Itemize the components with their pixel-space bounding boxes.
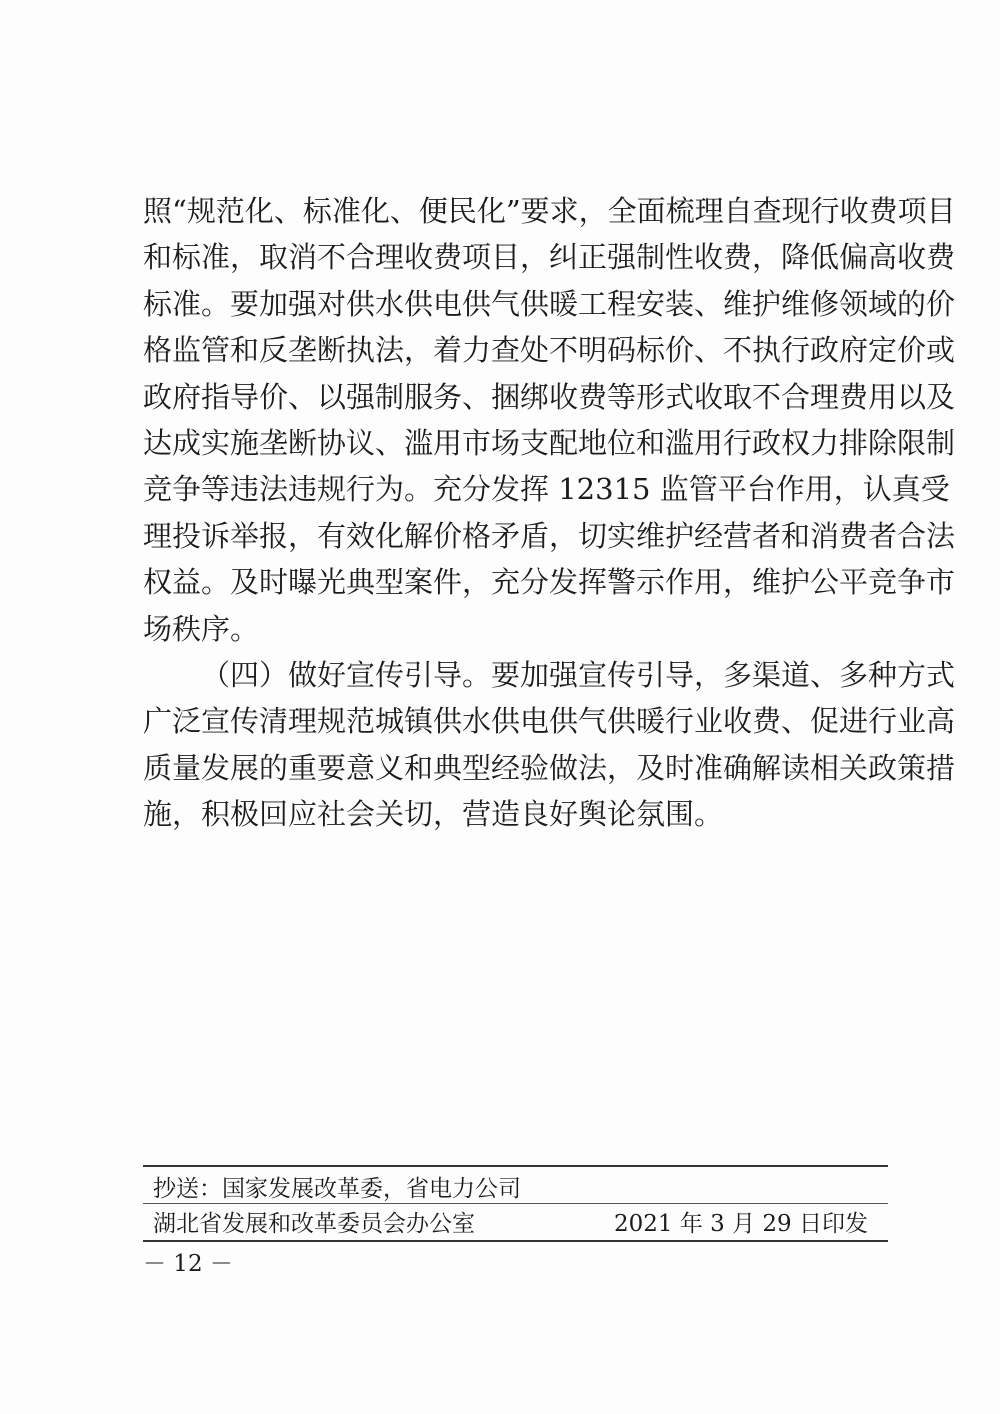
text-line: 格监管和反垄断执法，着力查处不明码标价、不执行政府定价或 <box>143 327 893 373</box>
text-line: 标准。要加强对供水供电供气供暖工程安装、维护维修领域的价 <box>143 281 893 327</box>
issuer-line: 湖北省发展和改革委员会办公室 <box>153 1209 475 1239</box>
text-line: 施，积极回应社会关切，营造良好舆论氛围。 <box>143 791 893 837</box>
text-line: 场秩序。 <box>143 606 893 652</box>
section-heading-line: （四）做好宣传引导。要加强宣传引导，多渠道、多种方式 <box>143 652 893 698</box>
footer-top-rule <box>143 1165 888 1167</box>
document-body: 照“规范化、标准化、便民化”要求，全面梳理自查现行收费项目 和标准，取消不合理收… <box>143 188 893 837</box>
issue-date: 2021 年 3 月 29 日印发 <box>614 1209 868 1239</box>
text-line: 质量发展的重要意义和典型经验做法，及时准确解读相关政策措 <box>143 745 893 791</box>
text-line: 广泛宣传清理规范城镇供水供电供气供暖行业收费、促进行业高 <box>143 698 893 744</box>
text-line: 达成实施垄断协议、滥用市场支配地位和滥用行政权力排除限制 <box>143 420 893 466</box>
footer-middle-rule <box>143 1203 888 1204</box>
text-line: 竞争等违法违规行为。充分发挥 12315 监管平台作用，认真受 <box>143 466 893 512</box>
cc-line: 抄送：国家发展改革委，省电力公司 <box>153 1174 521 1204</box>
text-line: 理投诉举报，有效化解价格矛盾，切实维护经营者和消费者合法 <box>143 513 893 559</box>
footer-bottom-rule <box>143 1240 888 1242</box>
text-line: 政府指导价、以强制服务、捆绑收费等形式收取不合理费用以及 <box>143 374 893 420</box>
text-line: 照“规范化、标准化、便民化”要求，全面梳理自查现行收费项目 <box>143 188 893 234</box>
page-number: － 12 － <box>143 1249 233 1279</box>
text-line: 权益。及时曝光典型案件，充分发挥警示作用，维护公平竞争市 <box>143 559 893 605</box>
text-line: 和标准，取消不合理收费项目，纠正强制性收费，降低偏高收费 <box>143 234 893 280</box>
